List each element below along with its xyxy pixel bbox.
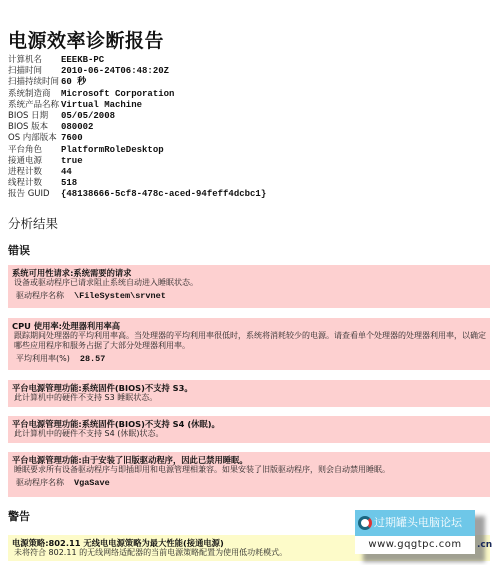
info-label: 系统产品名称 [8, 100, 61, 111]
info-row-thread-count: 线程计数518 [8, 178, 266, 189]
info-value: {48138666-5cf8-478c-aced-94feff4dcbc1} [61, 189, 266, 200]
forum-watermark: 过期罐头电脑论坛 www.gqgtpc.com .cn [355, 510, 475, 558]
error-description: 此计算机中的硬件不支持 S4 (休眠)状态。 [12, 429, 486, 439]
watermark-suffix: .cn [477, 540, 492, 550]
info-label: BIOS 日期 [8, 111, 61, 122]
info-value: 7600 [61, 133, 83, 144]
info-row-scan-time: 扫描时间2010-06-24T06:48:20Z [8, 66, 266, 77]
error-item-availability-request: 系统可用性请求:系统需要的请求 设备或驱动程序已请求阻止系统自动进入睡眠状态。 … [8, 265, 490, 308]
watermark-url: www.gqgtpc.com [355, 536, 475, 554]
info-label: 线程计数 [8, 178, 61, 189]
info-value: Virtual Machine [61, 100, 142, 111]
error-detail: 驱动程序名称 VgaSave [12, 478, 486, 488]
info-row-plugged-in: 接通电源true [8, 156, 266, 167]
error-description: 睡眠要求所有设备驱动程序与即插即用和电源管理相兼容。如果安装了旧版驱动程序，则会… [12, 465, 486, 475]
info-label: 平台角色 [8, 145, 61, 156]
error-title: 系统可用性请求:系统需要的请求 [12, 268, 486, 278]
info-label: BIOS 版本 [8, 122, 61, 133]
info-row-os-build: OS 内部版本7600 [8, 133, 266, 144]
detail-value: 28.57 [80, 354, 106, 364]
error-description: 此计算机中的硬件不支持 S3 睡眠状态。 [12, 393, 486, 403]
info-row-platform-role: 平台角色PlatformRoleDesktop [8, 145, 266, 156]
watermark-banner: 过期罐头电脑论坛 [355, 510, 475, 536]
error-item-legacy-driver: 平台电源管理功能:由于安装了旧版驱动程序，因此已禁用睡眠。 睡眠要求所有设备驱动… [8, 452, 490, 497]
info-value: 44 [61, 167, 72, 178]
info-label: 进程计数 [8, 167, 61, 178]
error-description: 设备或驱动程序已请求阻止系统自动进入睡眠状态。 [12, 278, 486, 288]
info-row-process-count: 进程计数44 [8, 167, 266, 178]
info-row-report-guid: 报告 GUID{48138666-5cf8-478c-aced-94feff4d… [8, 189, 266, 200]
system-info-table: 计算机名EEEKB-PC 扫描时间2010-06-24T06:48:20Z 扫描… [8, 55, 266, 200]
detail-label: 驱动程序名称 [16, 478, 64, 488]
info-value: 2010-06-24T06:48:20Z [61, 66, 169, 77]
info-value: Microsoft Corporation [61, 89, 174, 100]
error-description: 跟踪期间处理器的平均利用率高。当处理器的平均利用率很低时，系统将消耗较少的电源。… [12, 331, 486, 351]
info-value: EEEKB-PC [61, 55, 104, 66]
info-row-bios-date: BIOS 日期05/05/2008 [8, 111, 266, 122]
error-title: 平台电源管理功能:由于安装了旧版驱动程序，因此已禁用睡眠。 [12, 455, 486, 465]
info-row-manufacturer: 系统制造商Microsoft Corporation [8, 89, 266, 100]
report-title: 电源效率诊断报告 [8, 26, 164, 53]
forum-logo-icon [358, 516, 372, 530]
info-value: 05/05/2008 [61, 111, 115, 122]
watermark-name: 过期罐头电脑论坛 [374, 510, 462, 536]
errors-heading: 错误 [8, 242, 30, 258]
analysis-heading: 分析结果 [8, 214, 58, 232]
info-value: 60 秒 [61, 77, 86, 88]
info-value: 518 [61, 178, 77, 189]
detail-value: \FileSystem\srvnet [74, 291, 166, 301]
error-item-cpu-usage: CPU 使用率:处理器利用率高 跟踪期间处理器的平均利用率高。当处理器的平均利用… [8, 318, 490, 370]
error-title: 平台电源管理功能:系统固件(BIOS)不支持 S4 (休眠)。 [12, 419, 486, 429]
error-item-s4-unsupported: 平台电源管理功能:系统固件(BIOS)不支持 S4 (休眠)。 此计算机中的硬件… [8, 416, 490, 443]
info-label: 接通电源 [8, 156, 61, 167]
info-label: 扫描持续时间 [8, 77, 61, 88]
info-value: 080002 [61, 122, 93, 133]
error-detail: 平均利用率(%) 28.57 [12, 354, 486, 364]
info-value: true [61, 156, 83, 167]
detail-label: 驱动程序名称 [16, 291, 64, 301]
info-label: 扫描时间 [8, 66, 61, 77]
info-label: OS 内部版本 [8, 133, 61, 144]
info-label: 计算机名 [8, 55, 61, 66]
info-value: PlatformRoleDesktop [61, 145, 164, 156]
info-label: 报告 GUID [8, 189, 61, 200]
detail-label: 平均利用率(%) [16, 354, 70, 364]
info-row-computer-name: 计算机名EEEKB-PC [8, 55, 266, 66]
info-row-product-name: 系统产品名称Virtual Machine [8, 100, 266, 111]
error-item-s3-unsupported: 平台电源管理功能:系统固件(BIOS)不支持 S3。 此计算机中的硬件不支持 S… [8, 380, 490, 407]
error-detail: 驱动程序名称 \FileSystem\srvnet [12, 291, 486, 301]
error-title: CPU 使用率:处理器利用率高 [12, 321, 486, 331]
error-title: 平台电源管理功能:系统固件(BIOS)不支持 S3。 [12, 383, 486, 393]
warnings-heading: 警告 [8, 508, 30, 524]
info-row-scan-duration: 扫描持续时间60 秒 [8, 77, 266, 88]
info-label: 系统制造商 [8, 89, 61, 100]
info-row-bios-version: BIOS 版本080002 [8, 122, 266, 133]
detail-value: VgaSave [74, 478, 110, 488]
